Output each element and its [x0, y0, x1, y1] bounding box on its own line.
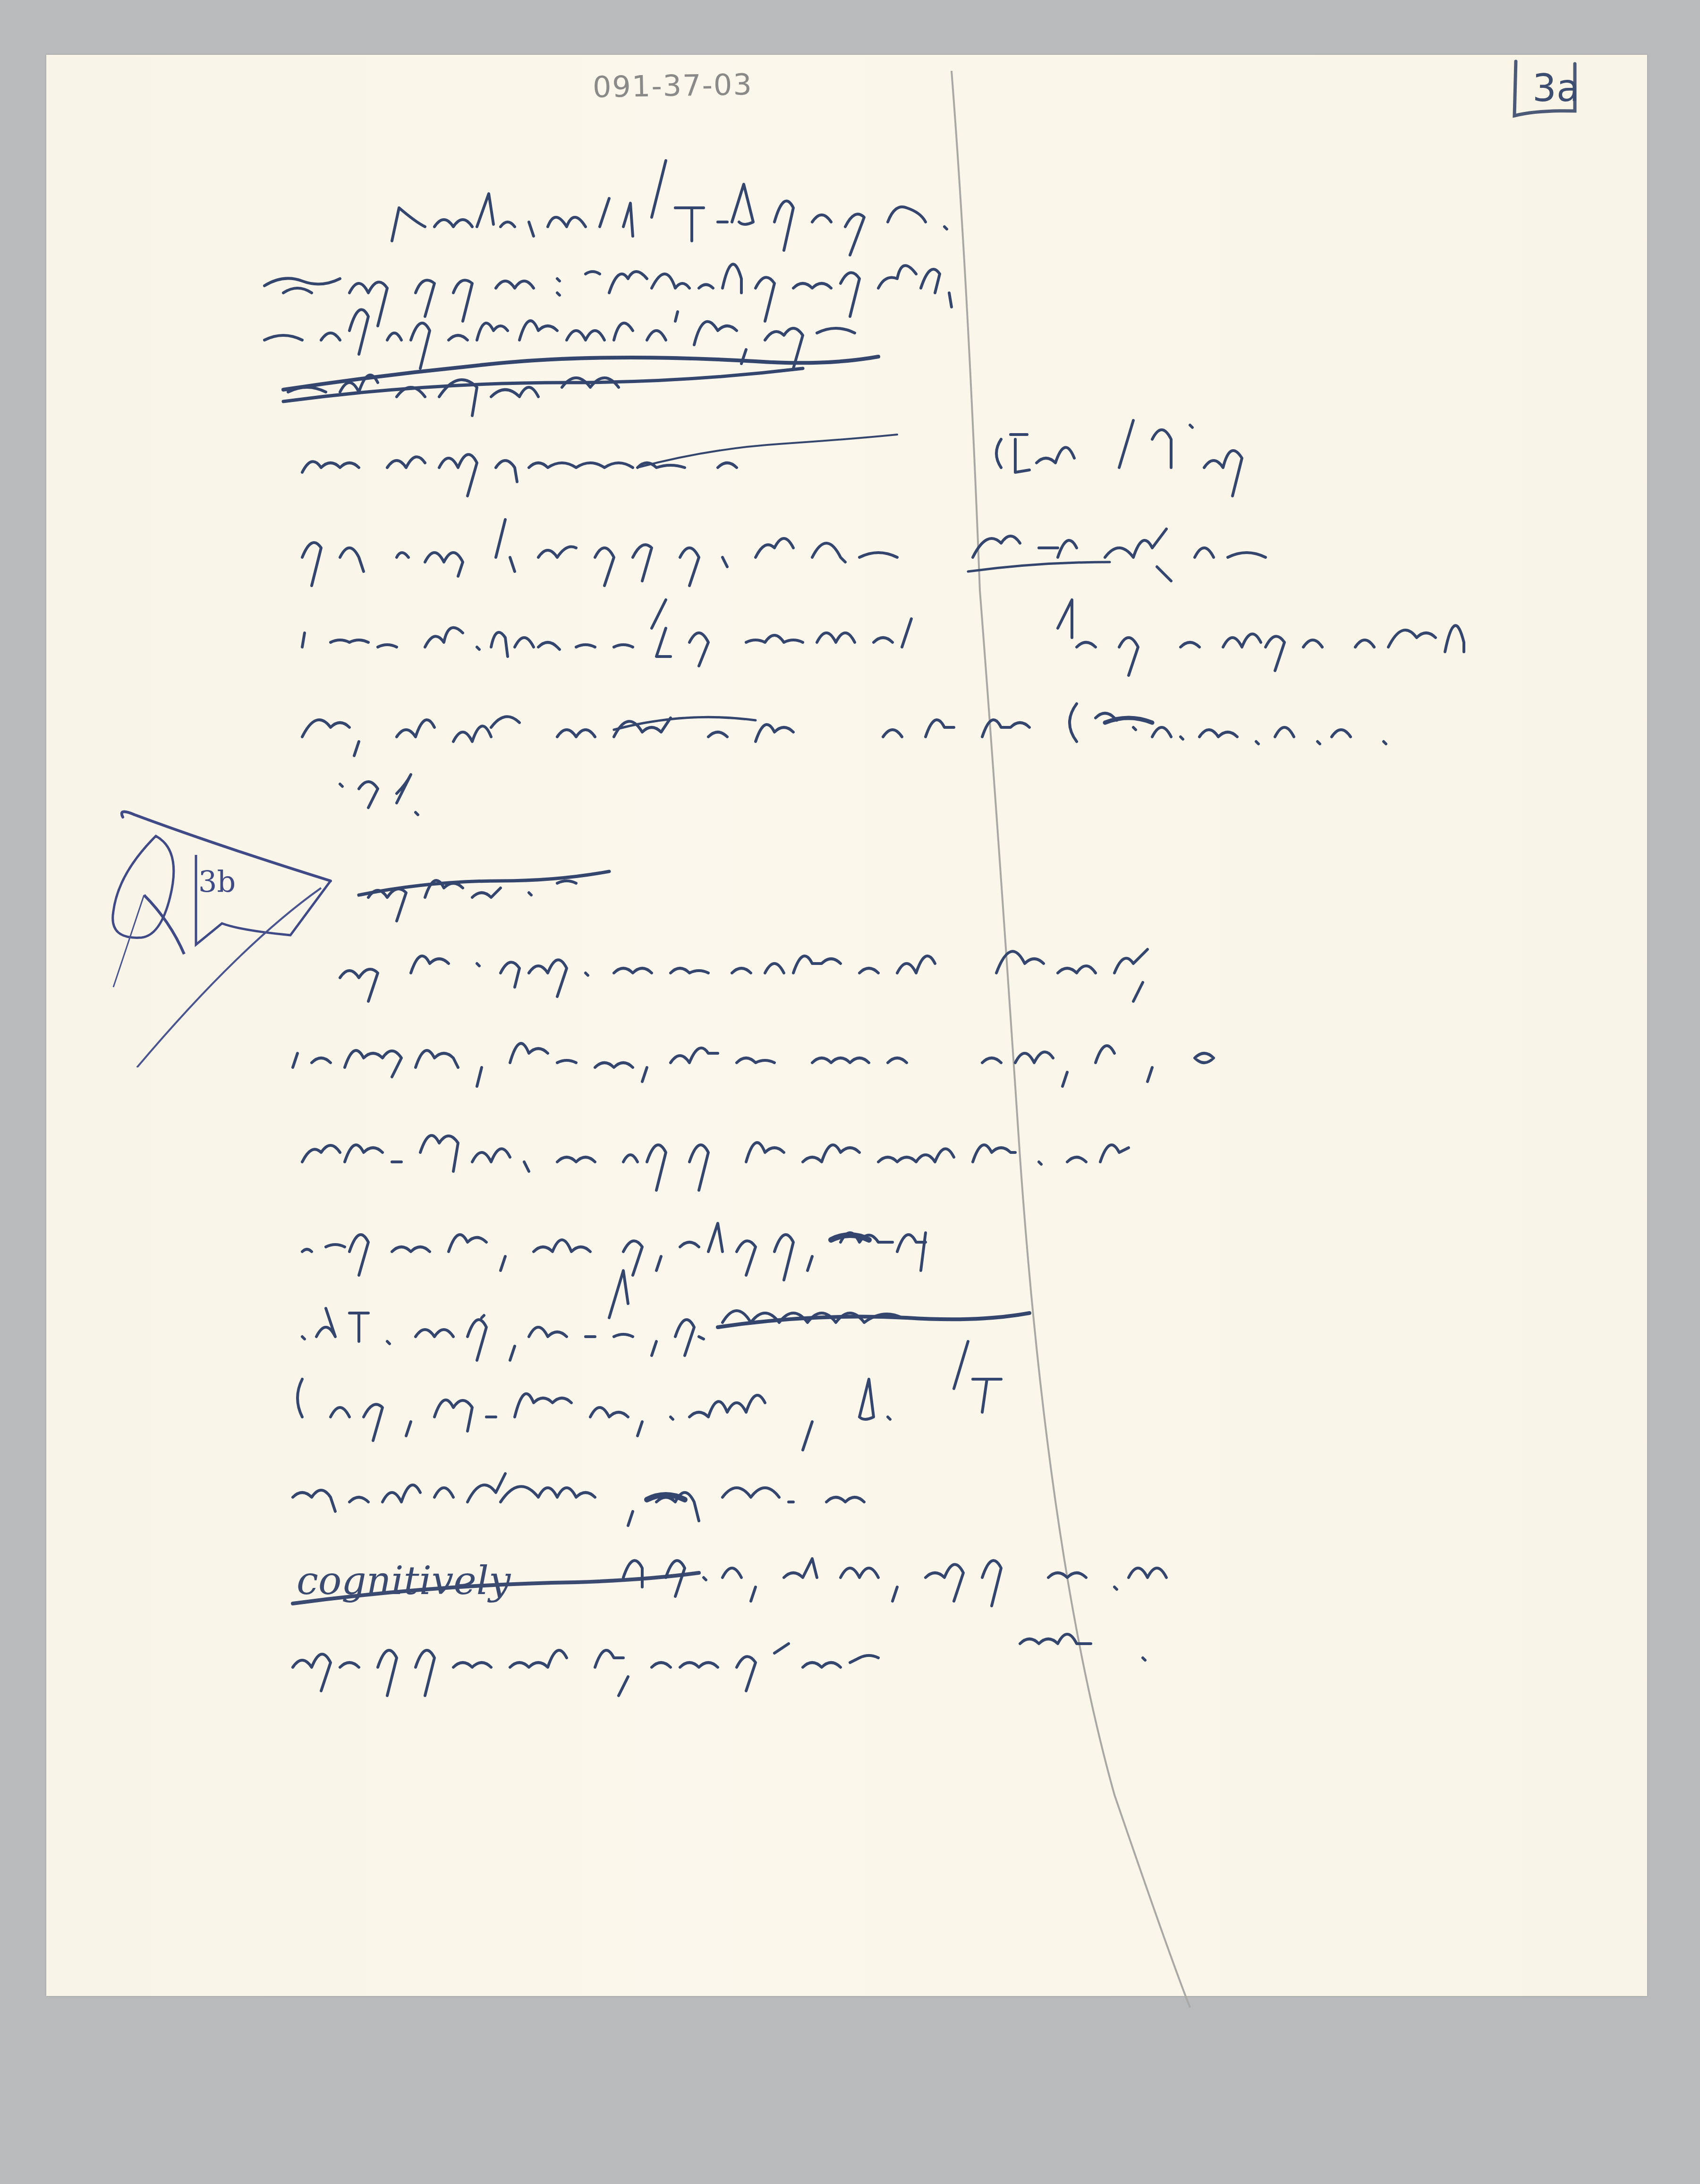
insertion-flag-icon — [99, 803, 345, 1067]
archive-number: 091-37-03 — [592, 67, 753, 104]
insertion-marker-label: 3b — [198, 864, 236, 899]
page-marker-label: 3a — [1532, 66, 1580, 110]
underlined-word-cognitively: cognitively — [297, 1559, 510, 1604]
